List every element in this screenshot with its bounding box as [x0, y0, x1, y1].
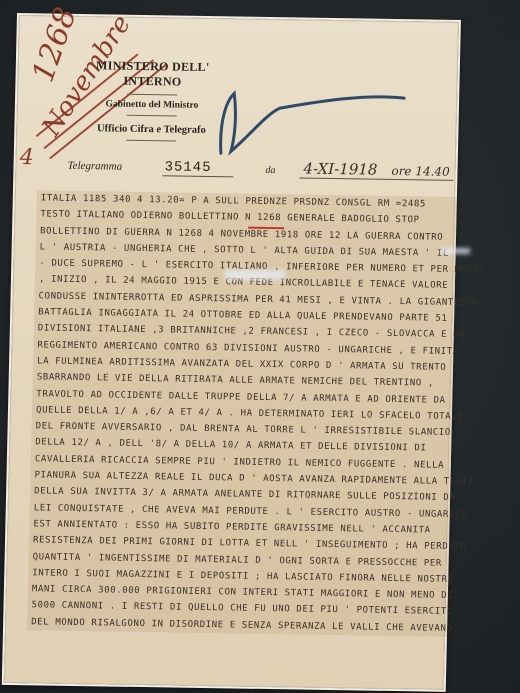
ministry-title: MINISTERO DELL' INTERNO	[77, 58, 228, 90]
blue-pen-signature-icon	[211, 73, 413, 166]
time-value: ore 14.40	[391, 164, 450, 179]
office-subtitle: Ufficio Cifra e Telegrafo	[76, 123, 226, 136]
telegram-meta-row: Telegramma 35145 da 4-XI-1918ore 14.40	[67, 158, 447, 184]
glass-reflection	[225, 270, 285, 280]
telegram-label: Telegramma	[67, 160, 122, 173]
glass-reflection	[440, 248, 470, 254]
divider	[127, 94, 177, 96]
divider	[127, 115, 177, 117]
telegram-body: ITALIA 1185 340 4 13.20= P A SULL PREDNZ…	[27, 190, 457, 637]
date-value: 4-XI-1918	[303, 160, 377, 179]
da-label: da	[265, 165, 275, 176]
divider	[126, 140, 176, 142]
handwritten-day: 4	[19, 145, 34, 170]
cabinet-subtitle: Gabinetto del Ministro	[77, 99, 227, 111]
letterhead: MINISTERO DELL' INTERNO Gabinetto del Mi…	[76, 58, 228, 147]
telegram-paper: 1268 Novembre 4 MINISTERO DELL' INTERNO …	[2, 13, 461, 692]
telegram-number: 35145	[162, 159, 233, 177]
telegram-date: 4-XI-1918ore 14.40	[299, 159, 454, 180]
